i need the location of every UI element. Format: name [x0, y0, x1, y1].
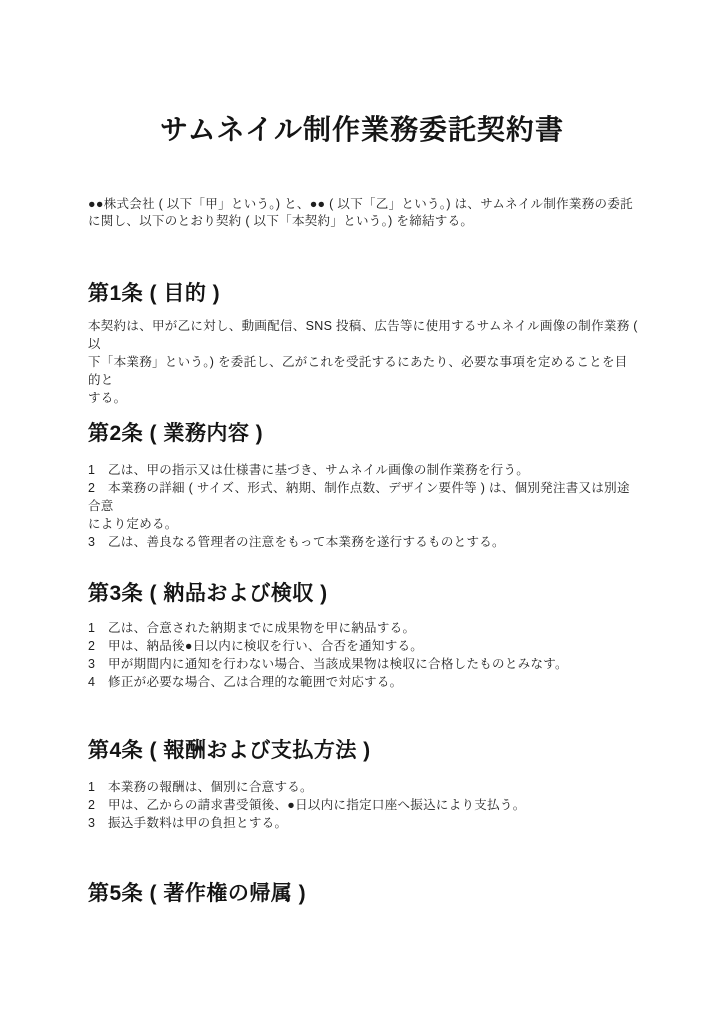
section-heading-article-1-purpose: 第1条 ( 目的 ) [88, 280, 638, 308]
section-body-article-4: 1 本業務の報酬は、個別に合意する。 2 甲は、乙からの請求書受領後、●日以内に… [88, 778, 638, 832]
section-heading-article-3-delivery-inspection: 第3条 ( 納品および検収 ) [88, 580, 638, 608]
contract-preamble: ●●株式会社 ( 以下「甲」という。) と、●● ( 以下「乙」という。) は、… [88, 196, 638, 230]
section-heading-article-4-payment: 第4条 ( 報酬および支払方法 ) [88, 737, 638, 765]
contract-title: サムネイル制作業務委託契約書 [0, 110, 724, 150]
contract-document-page: サムネイル制作業務委託契約書 ●●株式会社 ( 以下「甲」という。) と、●● … [0, 0, 724, 1024]
section-heading-article-2-scope-of-work: 第2条 ( 業務内容 ) [88, 420, 638, 448]
section-body-article-3: 1 乙は、合意された納期までに成果物を甲に納品する。 2 甲は、納品後●日以内に… [88, 619, 638, 691]
section-body-article-1: 本契約は、甲が乙に対し、動画配信、SNS 投稿、広告等に使用するサムネイル画像の… [88, 317, 638, 407]
section-heading-article-5-copyright: 第5条 ( 著作権の帰属 ) [88, 880, 638, 908]
section-body-article-2: 1 乙は、甲の指示又は仕様書に基づき、サムネイル画像の制作業務を行う。 2 本業… [88, 461, 638, 551]
